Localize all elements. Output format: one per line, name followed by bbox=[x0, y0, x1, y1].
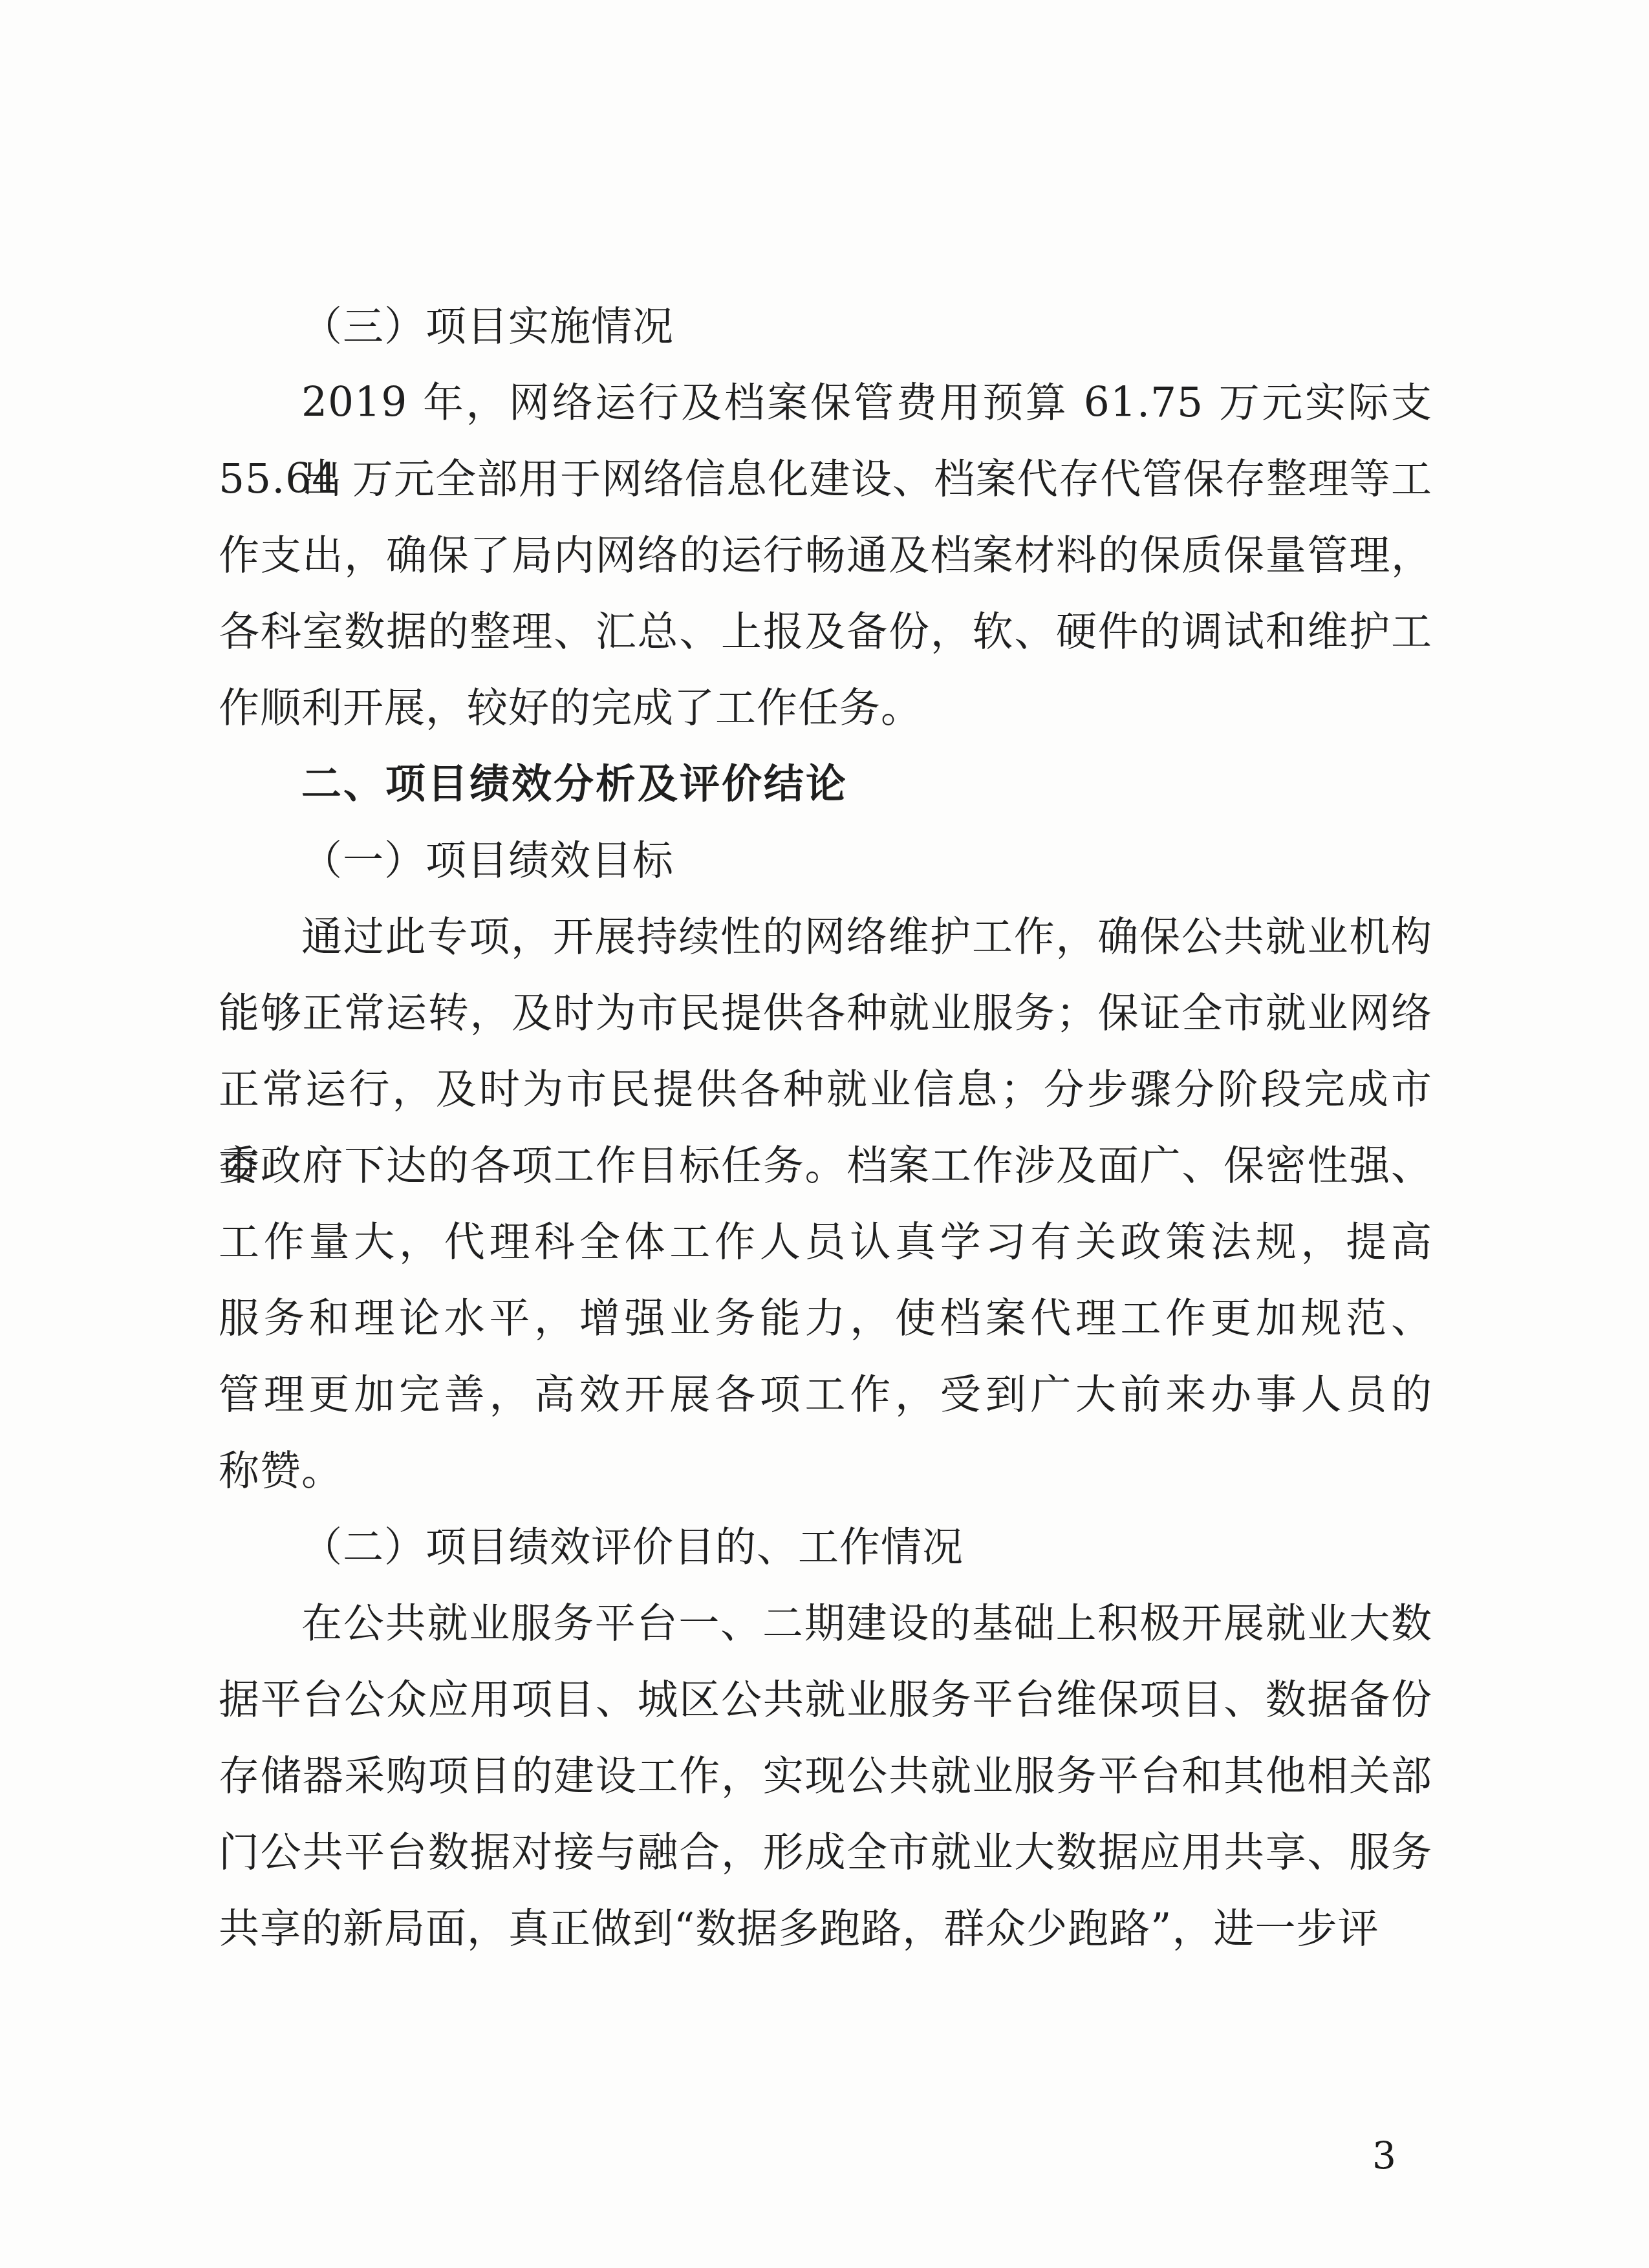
text-line: 据平台公众应用项目、城区公共就业服务平台维保项目、数据备份 bbox=[219, 1662, 1432, 1738]
text-line: 作支出，确保了局内网络的运行畅通及档案材料的保质保量管理， bbox=[219, 517, 1432, 594]
text-line: 共享的新局面，真正做到“数据多跑路，群众少跑路”，进一步评 bbox=[219, 1890, 1432, 1967]
text-line: 存储器采购项目的建设工作，实现公共就业服务平台和其他相关部 bbox=[219, 1738, 1432, 1814]
scanned-document-page: （三）项目实施情况 2019 年，网络运行及档案保管费用预算 61.75 万元实… bbox=[0, 0, 1649, 2268]
section-heading-2: （二）项目绩效评价目的、工作情况 bbox=[219, 1509, 1432, 1585]
text-line: 作顺利开展，较好的完成了工作任务。 bbox=[219, 670, 1432, 746]
text-line: 门公共平台数据对接与融合，形成全市就业大数据应用共享、服务 bbox=[219, 1814, 1432, 1890]
text-line: 称赞。 bbox=[219, 1433, 1432, 1509]
text-line: 各科室数据的整理、汇总、上报及备份，软、硬件的调试和维护工 bbox=[219, 594, 1432, 670]
text-line: 管理更加完善，高效开展各项工作，受到广大前来办事人员的 bbox=[219, 1356, 1432, 1433]
text-line: 市政府下达的各项工作目标任务。档案工作涉及面广、保密性强、 bbox=[219, 1128, 1432, 1204]
text-line: 2019 年，网络运行及档案保管费用预算 61.75 万元实际支出 bbox=[219, 365, 1432, 441]
text-line: 服务和理论水平，增强业务能力，使档案代理工作更加规范、 bbox=[219, 1280, 1432, 1356]
text-line: 通过此专项，开展持续性的网络维护工作，确保公共就业机构 bbox=[219, 899, 1432, 975]
page-number: 3 bbox=[1372, 2130, 1396, 2181]
chapter-heading-2: 二、项目绩效分析及评价结论 bbox=[219, 746, 1432, 822]
text-line: 能够正常运转，及时为市民提供各种就业服务；保证全市就业网络 bbox=[219, 975, 1432, 1051]
section-heading-3: （三）项目实施情况 bbox=[219, 288, 1432, 365]
text-line: 工作量大，代理科全体工作人员认真学习有关政策法规，提高 bbox=[219, 1204, 1432, 1280]
text-line: 在公共就业服务平台一、二期建设的基础上积极开展就业大数 bbox=[219, 1585, 1432, 1662]
text-line: 55.64 万元全部用于网络信息化建设、档案代存代管保存整理等工 bbox=[219, 441, 1432, 517]
document-text-block: （三）项目实施情况 2019 年，网络运行及档案保管费用预算 61.75 万元实… bbox=[219, 288, 1432, 1967]
text-line: 正常运行，及时为市民提供各种就业信息；分步骤分阶段完成市委、 bbox=[219, 1051, 1432, 1128]
section-heading-1: （一）项目绩效目标 bbox=[219, 822, 1432, 899]
